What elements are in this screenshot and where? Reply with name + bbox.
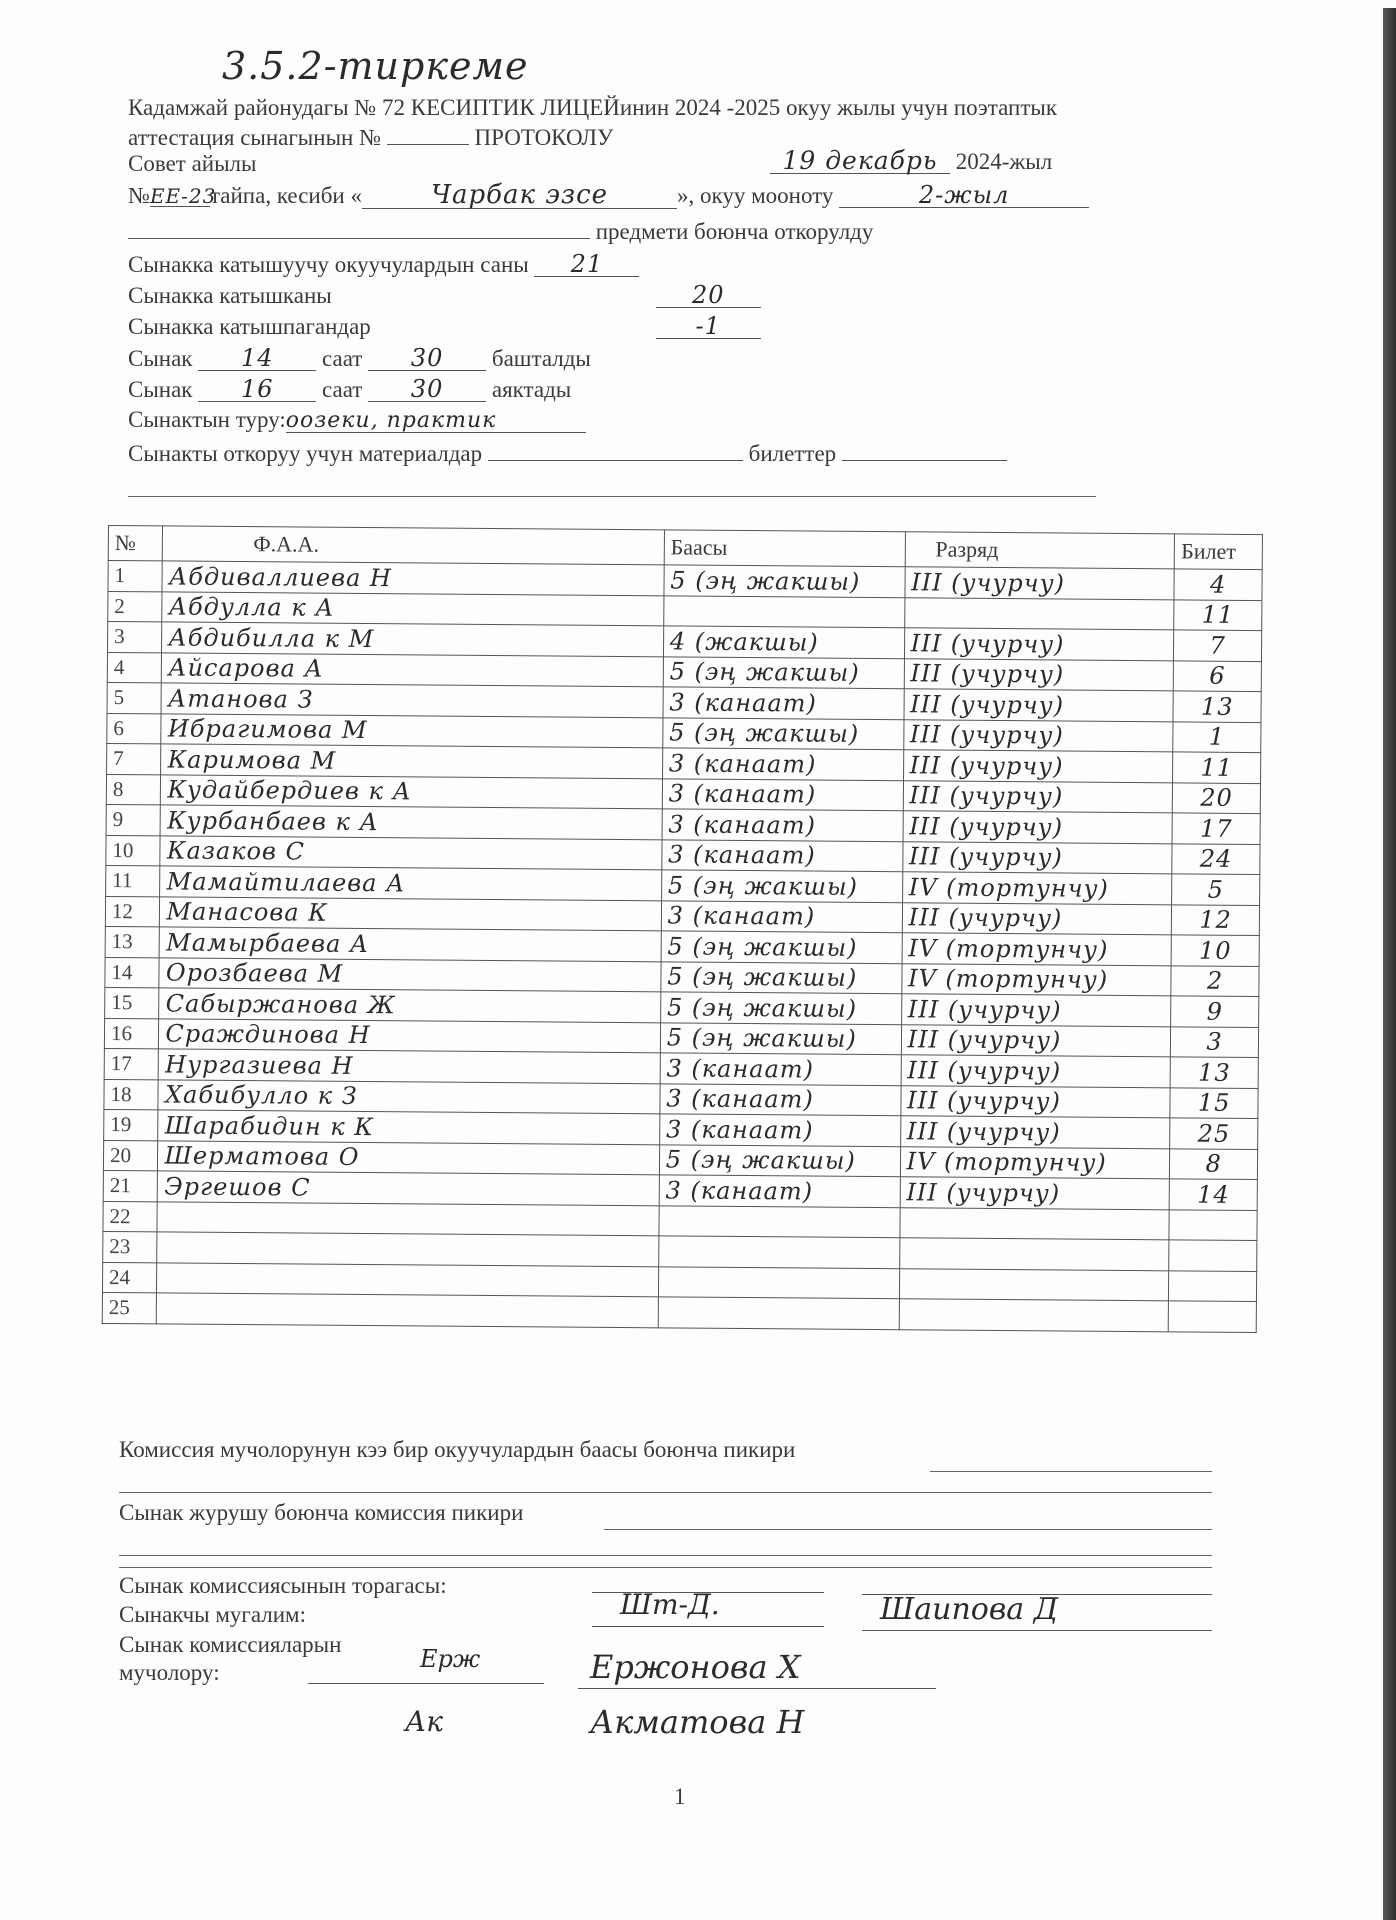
- student-name: Ибрагимова М: [161, 713, 663, 747]
- end-minute: 30: [368, 377, 486, 402]
- student-name: Кудайбердиев к А: [161, 774, 663, 808]
- members-label-2: мучолору:: [119, 1661, 220, 1684]
- row-number: 21: [103, 1170, 158, 1201]
- student-name: Сраждинова Н: [159, 1018, 661, 1052]
- student-rank: III (учурчу): [901, 1024, 1171, 1057]
- results-table: № Ф.А.А. Баасы Разряд Билет 1Абдиваллиев…: [102, 525, 1263, 1333]
- student-name: Атанова З: [162, 683, 664, 717]
- ticket-number: 14: [1169, 1179, 1257, 1210]
- student-rank: IV (тортунчу): [902, 872, 1172, 905]
- student-grade: 3 (канаат): [662, 748, 903, 780]
- exam-type-label: Сынактын туру:: [128, 407, 286, 432]
- member1-signature-line: [308, 1683, 544, 1684]
- student-grade: [658, 1297, 899, 1329]
- ticket-number: 15: [1170, 1087, 1258, 1118]
- student-grade: 3 (канаат): [661, 900, 902, 932]
- header-line-1: Кадамжай районудагы № 72 КЕСИПТИК ЛИЦЕЙи…: [128, 96, 1057, 119]
- teacher-label: Сынакчы мугалим:: [119, 1603, 306, 1626]
- student-name: Сабыржанова Ж: [159, 988, 661, 1022]
- teacher-name: Шаипова Д: [880, 1592, 1058, 1627]
- ticket-number: 5: [1172, 874, 1260, 905]
- ticket-number: 10: [1171, 935, 1259, 966]
- start-hour: 14: [198, 346, 316, 371]
- header-line-2: аттестация сынагынын № ПРОТОКОЛУ: [128, 124, 613, 149]
- ticket-number: [1169, 1270, 1257, 1301]
- ticket-number: [1169, 1301, 1257, 1332]
- ticket-number: 3: [1171, 1026, 1259, 1057]
- header-rank: Разряд: [905, 532, 1175, 569]
- end-time-row: Сынак 16 саат 30 аяктады: [128, 377, 571, 402]
- tickets-field: [842, 440, 1007, 461]
- student-name: Шерматова О: [158, 1140, 660, 1174]
- row-number: 4: [107, 652, 162, 683]
- ticket-number: 20: [1173, 782, 1261, 813]
- ticket-number: 11: [1174, 599, 1262, 630]
- row-number: 11: [106, 865, 161, 896]
- row-number: 16: [104, 1018, 159, 1049]
- student-name: [157, 1293, 659, 1327]
- header-grade: Баасы: [664, 530, 905, 567]
- student-name: Нургазиева Н: [159, 1049, 661, 1083]
- end-prefix: Сынак: [128, 377, 193, 402]
- student-name: Айсарова А: [162, 652, 664, 686]
- student-rank: [904, 597, 1174, 630]
- student-grade: 3 (канаат): [659, 1175, 900, 1207]
- participants-count-label: Сынакка катышуучу окуучулардын саны: [128, 252, 529, 277]
- row-number: 6: [107, 713, 162, 744]
- ticket-number: 4: [1174, 569, 1262, 600]
- profession: Чарбак эзсе: [362, 182, 677, 209]
- materials-row: Сынакты откоруу учун материалдар билетте…: [128, 440, 1007, 465]
- row-number: 9: [106, 804, 161, 835]
- end-hour-label: саат: [322, 377, 362, 402]
- student-grade: [658, 1236, 899, 1268]
- ticket-number: 12: [1172, 904, 1260, 935]
- row-number: 12: [105, 896, 160, 927]
- chair-label: Сынак комиссиясынын торагасы:: [119, 1574, 447, 1597]
- protocol-number-label: аттестация сынагынын №: [128, 125, 381, 150]
- materials-field: [488, 440, 743, 461]
- location: Совет айылы: [128, 152, 256, 175]
- student-rank: IV (тортунчу): [900, 1146, 1170, 1179]
- student-name: Каримова М: [161, 744, 663, 778]
- student-name: Орозбаева М: [159, 957, 661, 991]
- study-period-label: », окуу мооноту: [677, 183, 833, 208]
- student-grade: 3 (канаат): [662, 839, 903, 871]
- members-label-1: Сынак комиссияларын: [119, 1633, 341, 1656]
- exam-type-value: оозеки, практик: [286, 410, 586, 433]
- row-number: 2: [108, 591, 163, 622]
- student-name: Мамырбаева А: [160, 927, 662, 961]
- student-grade: 5 (эң жакшы): [660, 992, 901, 1024]
- row-number: 25: [102, 1292, 157, 1323]
- row-number: 5: [107, 682, 162, 713]
- exam-type-row: Сынактын туру:оозеки, практик: [128, 408, 586, 433]
- row-number: 17: [104, 1048, 159, 1079]
- student-grade: 4 (жакшы): [663, 626, 904, 658]
- student-rank: [899, 1299, 1169, 1332]
- participants-count-row: Сынакка катышуучу окуучулардын саны 21: [128, 252, 639, 277]
- handwritten-appendix-title: 3.5.2-тиркеме: [222, 44, 529, 88]
- ticket-number: 13: [1170, 1057, 1258, 1088]
- student-grade: 5 (эң жакшы): [661, 961, 902, 993]
- ticket-number: 25: [1170, 1118, 1258, 1149]
- student-name: Абдиваллиева Н: [162, 561, 664, 595]
- teacher-signature-line: [592, 1626, 824, 1627]
- member2-name: Акматова Н: [590, 1703, 804, 1741]
- student-name: Абдибилла к М: [162, 622, 664, 656]
- ticket-number: 1: [1173, 721, 1261, 752]
- student-grade: 5 (эң жакшы): [661, 870, 902, 902]
- table-body: 1Абдиваллиева Н5 (эң жакшы)III (учурчу)4…: [102, 561, 1262, 1333]
- subject-line: предмети боюнча откорулду: [128, 218, 873, 243]
- materials-label: Сынакты откоруу учун материалдар: [128, 441, 482, 466]
- student-name: Казаков С: [160, 835, 662, 869]
- group-label: тайпа, кесиби «: [210, 183, 362, 208]
- exam-process-opinion-label: Сынак журушу боюнча комиссия пикири: [119, 1501, 523, 1524]
- row-number: 10: [106, 835, 161, 866]
- scan-edge: [1383, 8, 1396, 1920]
- student-grade: 3 (канаат): [663, 687, 904, 719]
- student-name: [157, 1262, 659, 1296]
- members-opinion-line: [119, 1492, 1212, 1493]
- student-grade: 5 (эң жакшы): [663, 656, 904, 688]
- member2-signature: Ак: [405, 1705, 443, 1738]
- row-number: 23: [103, 1231, 158, 1262]
- attended-row: Сынакка катышканы 20: [128, 283, 761, 308]
- teacher-signature: Шт-Д.: [620, 1588, 720, 1621]
- start-suffix: башталды: [492, 346, 591, 371]
- row-number: 15: [105, 987, 160, 1018]
- start-time-row: Сынак 14 саат 30 башталды: [128, 346, 591, 371]
- ticket-number: 6: [1174, 660, 1262, 691]
- student-name: Абдулла к А: [162, 591, 664, 625]
- members-opinion-field: [930, 1471, 1212, 1472]
- subject-label: предмети боюнча откорулду: [596, 219, 874, 244]
- study-period: 2-жыл: [839, 183, 1089, 208]
- ticket-number: [1169, 1240, 1257, 1271]
- absent-row: Сынакка катышпагандар -1: [128, 314, 761, 339]
- absent-value: -1: [656, 314, 761, 339]
- participants-count-value: 21: [534, 252, 639, 277]
- row-number: 24: [102, 1262, 157, 1293]
- student-rank: III (учурчу): [903, 780, 1173, 813]
- absent-label: Сынакка катышпагандар: [128, 315, 650, 338]
- student-name: Шарабидин к К: [158, 1110, 660, 1144]
- ticket-number: 9: [1171, 996, 1259, 1027]
- row-number: 7: [107, 743, 162, 774]
- group-number: ЕЕ-23: [150, 186, 210, 207]
- attended-value: 20: [656, 283, 761, 308]
- ticket-number: 13: [1173, 691, 1261, 722]
- student-rank: III (учурчу): [901, 1055, 1171, 1088]
- student-name: [157, 1232, 659, 1266]
- student-rank: [899, 1238, 1169, 1271]
- student-rank: III (учурчу): [900, 1177, 1170, 1210]
- student-name: Хабибулло к З: [158, 1079, 660, 1113]
- student-rank: [899, 1268, 1169, 1301]
- page-number: 1: [674, 1784, 686, 1810]
- header-ticket: Билет: [1175, 534, 1263, 570]
- group-line: №ЕЕ-23тайпа, кесиби «Чарбак эзсе», окуу …: [128, 182, 1089, 209]
- member1-signature: Ерж: [420, 1645, 480, 1673]
- date-handwritten: 19 декабрь: [770, 148, 950, 174]
- subject-field: [128, 218, 590, 239]
- student-grade: 3 (канаат): [659, 1114, 900, 1146]
- row-number: 19: [104, 1109, 159, 1140]
- ticket-number: 2: [1171, 965, 1259, 996]
- student-grade: 3 (канаат): [660, 1083, 901, 1115]
- date-year: 2024-жыл: [956, 149, 1052, 174]
- date-line: 19 декабрь 2024-жыл: [770, 148, 1052, 174]
- attended-label: Сынакка катышканы: [128, 284, 650, 307]
- student-grade: 3 (канаат): [662, 778, 903, 810]
- student-grade: 3 (канаат): [662, 809, 903, 841]
- student-rank: III (учурчу): [904, 628, 1174, 661]
- tickets-label: билеттер: [749, 441, 837, 466]
- student-name: Мамайтилаева А: [160, 866, 662, 900]
- start-prefix: Сынак: [128, 346, 193, 371]
- member1-name: Ержонова Х: [590, 1648, 800, 1686]
- row-number: 20: [103, 1140, 158, 1171]
- ticket-number: 11: [1173, 752, 1261, 783]
- row-number: 3: [108, 622, 163, 653]
- student-rank: III (учурчу): [905, 567, 1175, 600]
- student-rank: III (учурчу): [903, 811, 1173, 844]
- ticket-number: 24: [1172, 843, 1260, 874]
- student-rank: III (учурчу): [903, 750, 1173, 783]
- ticket-number: 8: [1170, 1148, 1258, 1179]
- exam-process-opinion-field: [604, 1529, 1212, 1530]
- student-grade: 5 (эң жакшы): [664, 565, 905, 597]
- separator-line: [128, 496, 1096, 497]
- exam-process-opinion-line: [119, 1555, 1212, 1556]
- member1-name-line: [578, 1688, 936, 1689]
- student-grade: [658, 1266, 899, 1298]
- student-rank: III (учурчу): [900, 1085, 1170, 1118]
- student-grade: 5 (эң жакшы): [661, 931, 902, 963]
- teacher-name-line: [862, 1630, 1212, 1631]
- student-grade: 3 (канаат): [660, 1053, 901, 1085]
- ticket-number: [1169, 1209, 1257, 1240]
- student-rank: III (учурчу): [902, 902, 1172, 935]
- student-name: Манасова К: [160, 896, 662, 930]
- student-name: Эргешов С: [158, 1171, 660, 1205]
- student-rank: IV (тортунчу): [901, 963, 1171, 996]
- header-number: №: [108, 526, 163, 561]
- student-rank: III (учурчу): [902, 841, 1172, 874]
- student-grade: [664, 595, 905, 627]
- start-minute: 30: [368, 346, 486, 371]
- student-rank: III (учурчу): [900, 1116, 1170, 1149]
- student-rank: III (учурчу): [901, 994, 1171, 1027]
- row-number: 1: [108, 561, 163, 592]
- start-hour-label: саат: [322, 346, 362, 371]
- student-grade: 5 (эң жакшы): [660, 1022, 901, 1054]
- exam-process-opinion-line-2: [119, 1567, 1212, 1568]
- protocol-title: ПРОТОКОЛУ: [475, 125, 614, 150]
- student-rank: IV (тортунчу): [902, 933, 1172, 966]
- student-grade: 5 (эң жакшы): [659, 1144, 900, 1176]
- student-rank: III (учурчу): [904, 689, 1174, 722]
- ticket-number: 7: [1174, 630, 1262, 661]
- student-name: Курбанбаев к А: [161, 805, 663, 839]
- student-grade: 5 (эң жакшы): [663, 717, 904, 749]
- row-number: 13: [105, 926, 160, 957]
- members-opinion-label: Комиссия мучолорунун кээ бир окуучуларды…: [119, 1438, 795, 1461]
- ticket-number: 17: [1172, 813, 1260, 844]
- row-number: 18: [104, 1079, 159, 1110]
- group-prefix: №: [128, 183, 150, 208]
- protocol-number-field: [387, 124, 469, 145]
- row-number: 8: [106, 774, 161, 805]
- student-name: [157, 1201, 659, 1235]
- row-number: 22: [103, 1201, 158, 1232]
- end-suffix: аяктады: [492, 377, 571, 402]
- student-rank: III (учурчу): [903, 719, 1173, 752]
- student-rank: [900, 1207, 1170, 1240]
- row-number: 14: [105, 957, 160, 988]
- student-rank: III (учурчу): [904, 658, 1174, 691]
- student-grade: [659, 1205, 900, 1237]
- header-full-name: Ф.А.А.: [163, 526, 665, 565]
- end-hour: 16: [198, 377, 316, 402]
